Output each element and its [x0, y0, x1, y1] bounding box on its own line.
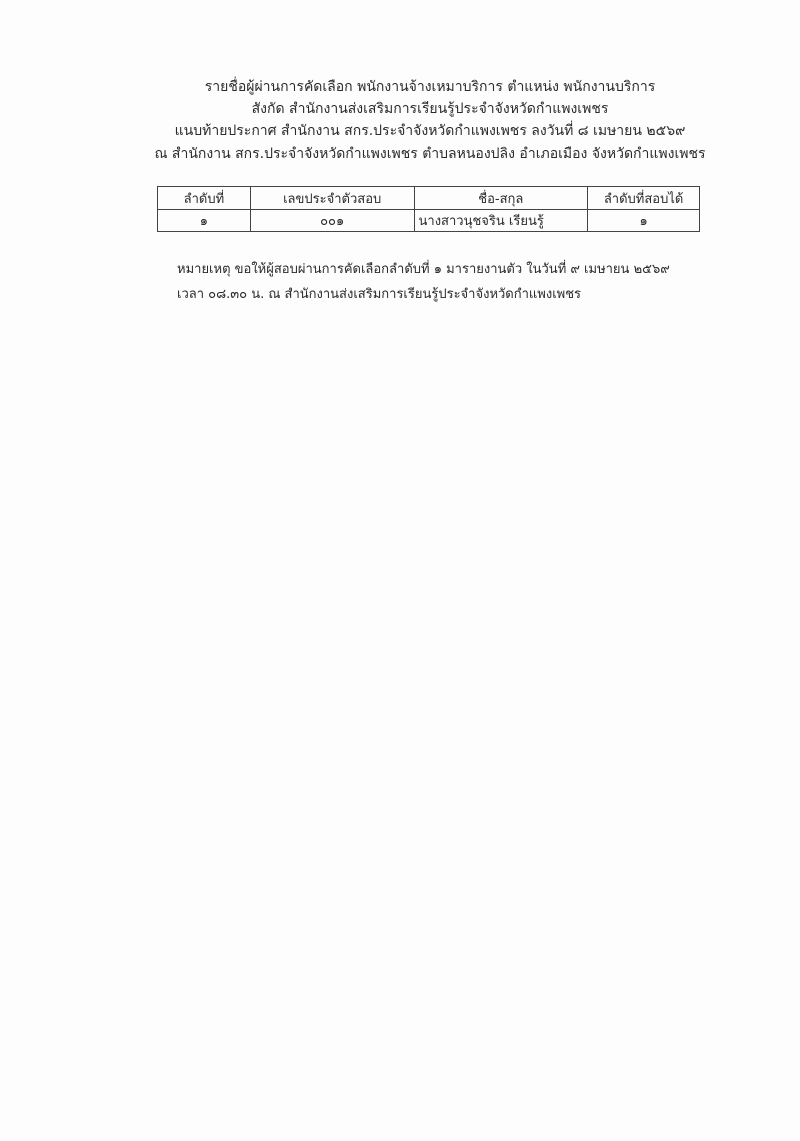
heading-line-4: ณ สำนักงาน สกร.ประจำจังหวัดกำแพงเพชร ตำบ… — [30, 143, 800, 165]
header-name: ชื่อ-สกุล — [414, 187, 588, 210]
header-rank: ลำดับที่สอบได้ — [588, 187, 700, 210]
table-row: ๑ ๐๐๑ นางสาวนุชจริน เรียนรู้ ๑ — [158, 210, 700, 232]
results-table: ลำดับที่ เลขประจำตัวสอบ ชื่อ-สกุล ลำดับท… — [157, 186, 700, 232]
heading-line-1: รายชื่อผู้ผ่านการคัดเลือก พนักงานจ้างเหม… — [30, 76, 800, 98]
cell-name: นางสาวนุชจริน เรียนรู้ — [414, 210, 588, 232]
heading-line-2: สังกัด สำนักงานส่งเสริมการเรียนรู้ประจำจ… — [30, 98, 800, 120]
cell-rank: ๑ — [588, 210, 700, 232]
table-header-row: ลำดับที่ เลขประจำตัวสอบ ชื่อ-สกุล ลำดับท… — [158, 187, 700, 210]
note-line-1: หมายเหตุ ขอให้ผู้สอบผ่านการคัดเลือกลำดับ… — [177, 260, 670, 280]
header-exam-id: เลขประจำตัวสอบ — [250, 187, 414, 210]
header-order: ลำดับที่ — [158, 187, 251, 210]
note-line-2: เวลา ๐๘.๓๐ น. ณ สำนักงานส่งเสริมการเรียน… — [177, 285, 581, 305]
heading-line-3: แนบท้ายประกาศ สำนักงาน สกร.ประจำจังหวัดก… — [30, 120, 800, 142]
cell-exam-id: ๐๐๑ — [250, 210, 414, 232]
cell-order: ๑ — [158, 210, 251, 232]
